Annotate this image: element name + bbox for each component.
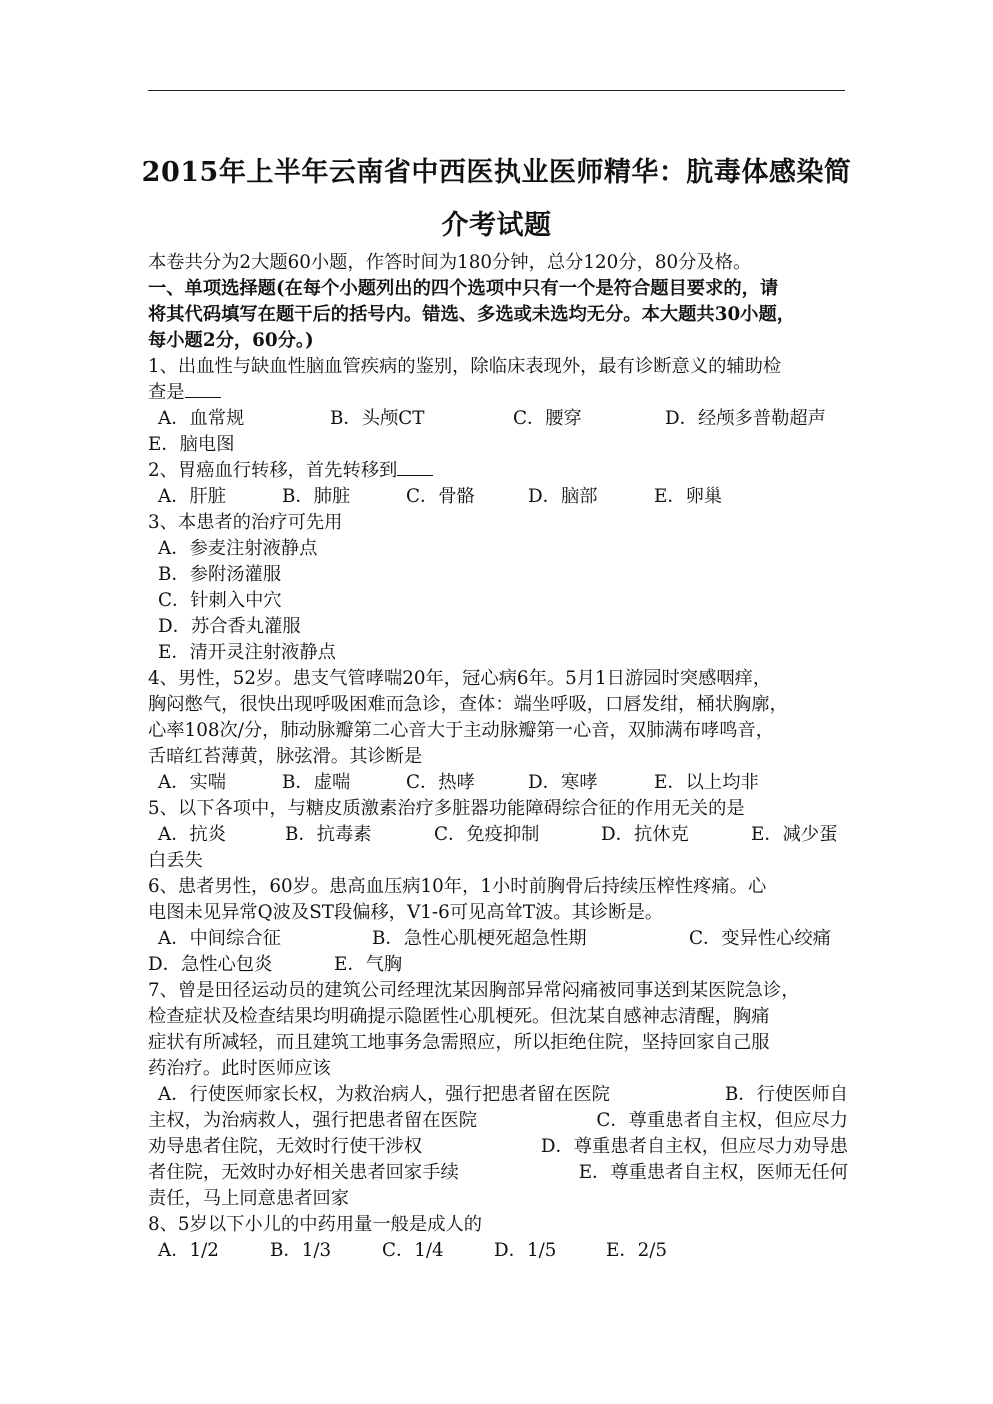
document-body: 本卷共分为2大题60小题，作答时间为180分钟，总分120分，80分及格。 一、… (148, 250, 848, 1264)
option-d: D．苏合香丸灌服 (148, 614, 848, 640)
document-title-line2: 介考试题 (140, 203, 853, 242)
section-heading: 一、单项选择题(在每个小题列出的四个选项中只有一个是符合题目要求的，请 (148, 276, 848, 302)
question-stem: 药治疗。此时医师应该 (148, 1056, 848, 1082)
option-text: B．行使医师自 (725, 1082, 848, 1108)
option-b: B．虚喘 (282, 770, 406, 796)
question-stem: 症状有所减轻，而且建筑工地事务急需照应，所以拒绝住院，坚持回家自己服 (148, 1030, 848, 1056)
option-row: D．急性心包炎 E．气胸 (148, 952, 848, 978)
option-line: 责任，马上同意患者回家 (148, 1186, 848, 1212)
option-a: A．抗炎 (158, 822, 285, 848)
question-stem: 心率108次/分，肺动脉瓣第二心音大于主动脉瓣第一心音，双肺满布哮鸣音， (148, 718, 848, 744)
option-text: C．尊重患者自主权，但应尽力 (596, 1108, 848, 1134)
option-c: C．骨骼 (406, 484, 528, 510)
option-c: C．热哮 (406, 770, 528, 796)
exam-intro: 本卷共分为2大题60小题，作答时间为180分钟，总分120分，80分及格。 (148, 250, 848, 276)
answer-blank (185, 380, 221, 398)
option-b: B．1/3 (270, 1238, 382, 1264)
option-d: D．急性心包炎 (148, 952, 334, 978)
option-b: B．抗毒素 (285, 822, 434, 848)
option-b: B．肺脏 (282, 484, 406, 510)
section-heading: 每小题2分，60分。) (148, 328, 848, 354)
question-stem: 电图未见异常Q波及ST段偏移，V1-6可见高耸T波。其诊断是。 (148, 900, 848, 926)
document-title-line1: 2015年上半年云南省中西医执业医师精华：肮毒体感染简 (140, 150, 853, 189)
question-stem-text: 查是 (148, 382, 185, 403)
option-text: D．尊重患者自主权，但应尽力劝导患 (541, 1134, 848, 1160)
question-stem: 5、以下各项中，与糖皮质激素治疗多脏器功能障碍综合征的作用无关的是 (148, 796, 848, 822)
option-text: 者住院，无效时办好相关患者回家手续 (148, 1160, 459, 1186)
option-d: D．脑部 (528, 484, 654, 510)
answer-blank (397, 458, 433, 476)
option-e: E．卵巢 (654, 484, 722, 510)
option-row: A．血常规 B．头颅CT C．腰穿 D．经颅多普勒超声 (148, 406, 848, 432)
question-stem: 舌暗红苔薄黄，脉弦滑。其诊断是 (148, 744, 848, 770)
option-d: D．抗休克 (601, 822, 751, 848)
option-c: C．免疫抑制 (434, 822, 601, 848)
option-c: C．1/4 (382, 1238, 494, 1264)
option-d: D．1/5 (494, 1238, 606, 1264)
option-b: B．急性心肌梗死超急性期 (372, 926, 689, 952)
option-a: A．参麦注射液静点 (148, 536, 848, 562)
option-a: A．1/2 (158, 1238, 270, 1264)
option-row: A．抗炎 B．抗毒素 C．免疫抑制 D．抗休克 E．减少蛋 (148, 822, 848, 848)
option-c: C．针刺入中穴 (148, 588, 848, 614)
question-stem: 胸闷憋气，很快出现呼吸困难而急诊，查体：端坐呼吸，口唇发绀，桶状胸廓， (148, 692, 848, 718)
option-c: C．腰穿 (513, 406, 665, 432)
question-stem: 2、胃癌血行转移，首先转移到 (148, 458, 848, 484)
option-row: A．1/2 B．1/3 C．1/4 D．1/5 E．2/5 (148, 1238, 848, 1264)
question-stem: 8、5岁以下小儿的中药用量一般是成人的 (148, 1212, 848, 1238)
option-a: A．血常规 (158, 406, 330, 432)
option-e: E．减少蛋 (751, 822, 837, 848)
option-text: 劝导患者住院，无效时行使干涉权 (148, 1134, 422, 1160)
option-text: 主权，为治病救人，强行把患者留在医院 (148, 1108, 477, 1134)
option-e: E．清开灵注射液静点 (148, 640, 848, 666)
option-c: C．变异性心绞痛 (689, 926, 831, 952)
question-stem: 7、曾是田径运动员的建筑公司经理沈某因胸部异常闷痛被同事送到某医院急诊， (148, 978, 848, 1004)
option-text: A．行使医师家长权，为救治病人，强行把患者留在医院 (158, 1082, 610, 1108)
question-stem: 查是 (148, 380, 848, 406)
option-a: A．中间综合征 (158, 926, 372, 952)
option-a: A．肝脏 (158, 484, 282, 510)
option-row: A．肝脏 B．肺脏 C．骨骼 D．脑部 E．卵巢 (148, 484, 848, 510)
option-text: E．尊重患者自主权，医师无任何 (579, 1160, 848, 1186)
question-stem: 3、本患者的治疗可先用 (148, 510, 848, 536)
question-stem: 6、患者男性，60岁。患高血压病10年，1小时前胸骨后持续压榨性疼痛。心 (148, 874, 848, 900)
option-e: E．脑电图 (148, 432, 848, 458)
option-row: A．实喘 B．虚喘 C．热哮 D．寒哮 E．以上均非 (148, 770, 848, 796)
option-row: A．中间综合征 B．急性心肌梗死超急性期 C．变异性心绞痛 (148, 926, 848, 952)
option-b: B．头颅CT (330, 406, 513, 432)
option-b: B．参附汤灌服 (148, 562, 848, 588)
option-line: A．行使医师家长权，为救治病人，强行把患者留在医院 B．行使医师自 (148, 1082, 848, 1108)
section-heading: 将其代码填写在题干后的括号内。错选、多选或未选均无分。本大题共30小题， (148, 302, 848, 328)
question-stem: 检查症状及检查结果均明确提示隐匿性心肌梗死。但沈某自感神志清醒，胸痛 (148, 1004, 848, 1030)
option-a: A．实喘 (158, 770, 282, 796)
option-e: E．以上均非 (654, 770, 759, 796)
question-stem: 4、男性，52岁。患支气管哮喘20年，冠心病6年。5月1日游园时突感咽痒， (148, 666, 848, 692)
question-stem: 1、出血性与缺血性脑血管疾病的鉴别，除临床表现外，最有诊断意义的辅助检 (148, 354, 848, 380)
option-d: D．寒哮 (528, 770, 654, 796)
option-continuation: 白丢失 (148, 848, 848, 874)
option-e: E．2/5 (606, 1238, 667, 1264)
question-stem-text: 2、胃癌血行转移，首先转移到 (148, 460, 397, 481)
option-line: 主权，为治病救人，强行把患者留在医院 C．尊重患者自主权，但应尽力 (148, 1108, 848, 1134)
option-d: D．经颅多普勒超声 (665, 406, 826, 432)
header-rule (148, 90, 845, 91)
option-e: E．气胸 (334, 952, 402, 978)
option-line: 者住院，无效时办好相关患者回家手续 E．尊重患者自主权，医师无任何 (148, 1160, 848, 1186)
option-line: 劝导患者住院，无效时行使干涉权 D．尊重患者自主权，但应尽力劝导患 (148, 1134, 848, 1160)
